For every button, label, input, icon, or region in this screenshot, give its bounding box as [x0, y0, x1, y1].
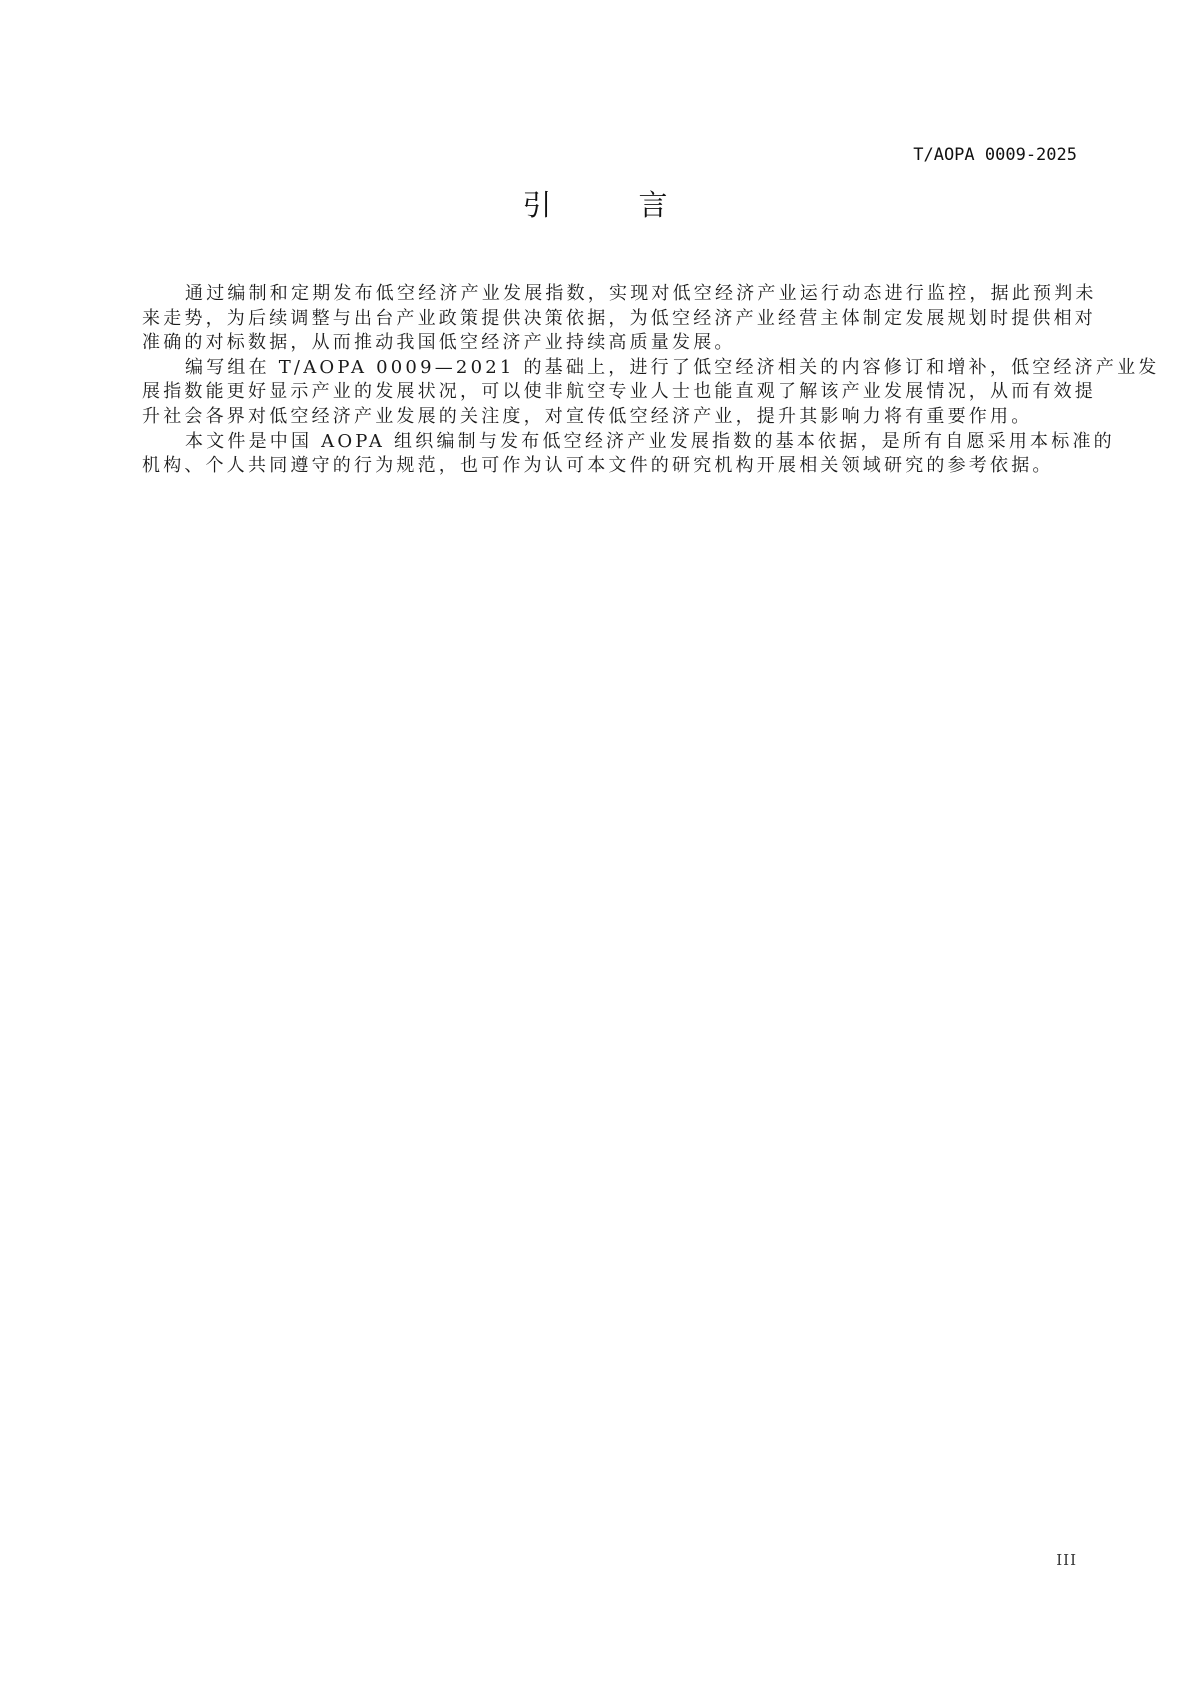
- text-line: 来走势，为后续调整与出台产业政策提供决策依据，为低空经济产业经营主体制定发展规划…: [142, 307, 1082, 332]
- paragraph-3: 本文件是中国 AOPA 组织编制与发布低空经济产业发展指数的基本依据，是所有自愿…: [142, 430, 1082, 479]
- text-line: 通过编制和定期发布低空经济产业发展指数，实现对低空经济产业运行动态进行监控，据此…: [142, 282, 1082, 307]
- text-line: 准确的对标数据，从而推动我国低空经济产业持续高质量发展。: [142, 331, 1082, 356]
- text-line: 编写组在 T/AOPA 0009—2021 的基础上，进行了低空经济相关的内容修…: [142, 356, 1082, 381]
- introduction-body: 通过编制和定期发布低空经济产业发展指数，实现对低空经济产业运行动态进行监控，据此…: [142, 282, 1082, 479]
- text-line: 本文件是中国 AOPA 组织编制与发布低空经济产业发展指数的基本依据，是所有自愿…: [142, 430, 1082, 455]
- paragraph-1: 通过编制和定期发布低空经济产业发展指数，实现对低空经济产业运行动态进行监控，据此…: [142, 282, 1082, 356]
- page-title: 引 言: [0, 183, 1190, 224]
- text-line: 升社会各界对低空经济产业发展的关注度，对宣传低空经济产业，提升其影响力将有重要作…: [142, 405, 1082, 430]
- document-page: T/AOPA 0009-2025 引 言 通过编制和定期发布低空经济产业发展指数…: [0, 0, 1190, 1683]
- document-code: T/AOPA 0009-2025: [913, 145, 1077, 165]
- text-line: 机构、个人共同遵守的行为规范，也可作为认可本文件的研究机构开展相关领域研究的参考…: [142, 454, 1082, 479]
- paragraph-2: 编写组在 T/AOPA 0009—2021 的基础上，进行了低空经济相关的内容修…: [142, 356, 1082, 430]
- page-number: III: [1056, 1551, 1077, 1569]
- text-line: 展指数能更好显示产业的发展状况，可以使非航空专业人士也能直观了解该产业发展情况，…: [142, 380, 1082, 405]
